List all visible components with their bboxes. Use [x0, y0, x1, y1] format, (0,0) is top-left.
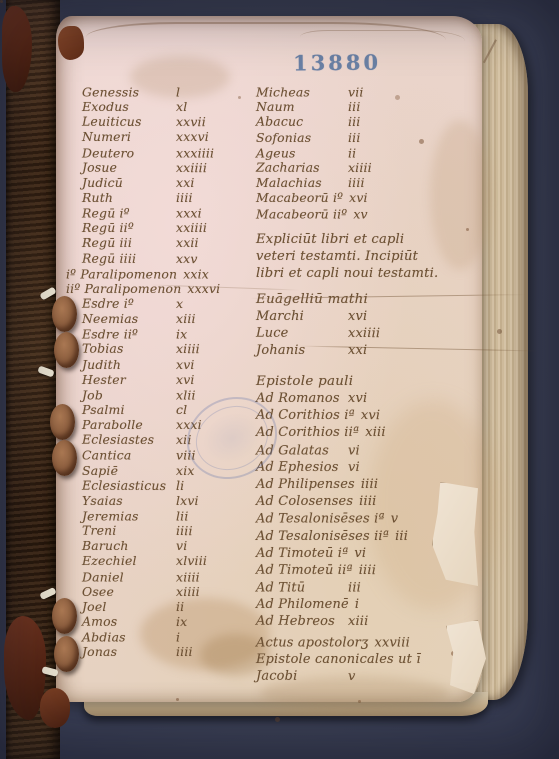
chapter-count: xiii: [176, 311, 196, 326]
toc-row: Baruchvi: [82, 538, 256, 553]
toc-row: Jeremiaslii: [82, 508, 256, 523]
book-name: Luce: [256, 326, 342, 341]
toc-row: Ezechielxlviii: [82, 553, 256, 568]
chapter-count: iiii: [359, 494, 376, 509]
chapter-count: xxxiiii: [176, 145, 214, 160]
book-name: Abacuc: [256, 114, 342, 129]
chapter-count: xxxvi: [187, 281, 220, 296]
book-name: Amos: [82, 614, 170, 629]
book-name: Ruth: [82, 190, 170, 205]
book-name: Osee: [82, 584, 170, 599]
book-name: Ad Colosenses: [256, 494, 353, 509]
sewing-tab: [54, 636, 79, 672]
chapter-count: ii: [176, 599, 184, 614]
chapter-count: lxvi: [176, 493, 199, 508]
chapter-count: iiii: [176, 523, 193, 538]
toc-row: iiº Paralipomenonxxxvi: [82, 281, 256, 296]
chapter-count: iii: [348, 580, 361, 595]
book-name: Cantica: [82, 448, 170, 463]
chapter-count: xvi: [348, 309, 367, 324]
book-name: Regū iiº: [82, 220, 170, 235]
chapter-count: lii: [176, 508, 189, 523]
book-name: Esdre iiº: [82, 327, 170, 342]
toc-row: Judicūxxi: [82, 175, 256, 190]
toc-row: Macabeorū iºxvi: [256, 190, 452, 205]
chapter-count: xvi: [361, 408, 380, 423]
chapter-count: vi: [176, 538, 187, 553]
toc-row: Ad Corithios iªxvi: [256, 408, 452, 426]
chapter-count: xxvii: [176, 114, 206, 129]
toc-section: Expliciūt libri et capliveteri testamti.…: [256, 232, 452, 283]
toc-row: Oseexiiii: [82, 584, 256, 599]
chapter-count: i: [355, 597, 359, 612]
book-name: Sapiē: [82, 463, 170, 478]
chapter-count: xxiiii: [348, 326, 380, 341]
chapter-count: xl: [176, 99, 187, 114]
book-name: Ad Titū: [256, 580, 342, 595]
chapter-count: xxv: [176, 251, 198, 266]
chapter-count: xvi: [176, 372, 195, 387]
toc-row: Regū iiixxii: [82, 235, 256, 250]
toc-row: Josuexxiiii: [82, 159, 256, 175]
chapter-count: xxii: [176, 235, 199, 250]
book-name: Eclesiasticus: [82, 477, 170, 492]
toc-row: Numerixxxvi: [82, 129, 256, 144]
chapter-count: xiii: [348, 614, 369, 629]
book-name: Epistole canonicales ut ī: [256, 652, 421, 667]
toc-row: Jacobiv: [256, 669, 452, 687]
chapter-count: xxix: [183, 266, 209, 281]
toc-row: Regū iiiixxv: [82, 250, 256, 266]
sewing-tab: [52, 598, 77, 634]
sewing-tab: [54, 332, 79, 368]
book-name: Ad Timoteū iª: [256, 546, 348, 561]
toc-row: Ad Tesalonisēses iiªiii: [256, 529, 452, 546]
toc-row: Ad Romanosxvi: [256, 391, 452, 408]
toc-row: Zachariasxiiii: [256, 160, 452, 176]
book-name: Tobias: [82, 341, 170, 356]
toc-row: Esdre iºx: [82, 296, 256, 312]
toc-row: Ad Philipensesiiii: [256, 477, 452, 494]
toc-row: Ad Tesalonisēses iªv: [256, 512, 452, 529]
book-name: Daniel: [82, 569, 170, 584]
toc-row: Amosix: [82, 614, 256, 630]
book-name: Parabolle: [82, 417, 170, 432]
book-name: Malachias: [256, 175, 342, 190]
chapter-count: x: [176, 296, 183, 311]
chapter-count: iiii: [176, 190, 193, 205]
chapter-count: xlviii: [176, 553, 207, 568]
fox-spots: [0, 0, 3, 3]
book-name: Baruch: [82, 538, 170, 553]
toc-row: Esdre iiºix: [82, 327, 256, 342]
toc-row: Ad Hebreosxiii: [256, 614, 452, 632]
chapter-count: v: [391, 512, 398, 527]
right-column: MicheasviiNaumiiiAbacuciiiSofoniasiiiAge…: [256, 84, 452, 686]
book-name: Ad Romanos: [256, 391, 342, 406]
section-heading: Epistole pauli: [256, 374, 452, 391]
book-name: Psalmi: [82, 402, 170, 417]
toc-row: Hesterxvi: [82, 372, 256, 387]
chapter-count: ix: [176, 327, 187, 342]
chapter-count: xiiii: [176, 341, 200, 356]
toc-row: Ad Philomenēi: [256, 597, 452, 614]
book-name: Ysaias: [82, 493, 170, 508]
book-name: iº Paralipomenon: [82, 266, 177, 281]
toc-row: Tobiasxiiii: [82, 341, 256, 357]
toc-row: Macabeorū iiºxv: [256, 206, 452, 221]
chapter-count: xxi: [176, 175, 195, 190]
book-name: Regū iii: [82, 235, 170, 250]
toc-row: Ad Titūiii: [256, 580, 452, 597]
chapter-count: xiii: [365, 425, 385, 440]
chapter-count: xxxi: [176, 206, 202, 221]
toc-row: Epistole canonicales ut ī: [256, 652, 452, 669]
book-name: Job: [82, 387, 170, 402]
chapter-count: iiii: [176, 644, 193, 659]
toc-row: Ad Corithios iiªxiii: [256, 425, 452, 442]
book-name: Esdre iº: [82, 296, 170, 311]
chapter-count: iiii: [361, 477, 378, 492]
book-name: Genessis: [82, 84, 170, 99]
book-name: Numeri: [82, 129, 170, 144]
toc-row: Ad Colosensesiiii: [256, 494, 452, 511]
toc-row: Ad Timoteū iiªiiii: [256, 562, 452, 580]
leather-fragment: [58, 26, 84, 60]
chapter-count: xxxvi: [176, 129, 209, 144]
book-name: Ageus: [256, 145, 342, 160]
colophon-line: libri et capli noui testamti.: [256, 266, 452, 283]
toc-row: Abdiasi: [82, 629, 256, 644]
book-name: Abdias: [82, 629, 170, 644]
book-name: Neemias: [82, 311, 170, 326]
toc-row: Neemiasxiii: [82, 311, 256, 326]
chapter-count: xvi: [349, 190, 368, 205]
toc-row: Genessisl: [82, 84, 256, 99]
chapter-count: vi: [348, 443, 360, 458]
chapter-count: vii: [348, 84, 364, 99]
chapter-count: iii: [348, 99, 361, 114]
toc-row: Joelii: [82, 599, 256, 614]
book-name: Ad Hebreos: [256, 614, 342, 629]
chapter-count: xxviii: [375, 635, 410, 650]
colophon-line: Expliciūt libri et capli: [256, 232, 452, 249]
toc-row: Treniiiii: [82, 523, 256, 539]
toc-section: Euāgelliū mathiMarchixviLucexxiiiiJohani…: [256, 292, 452, 361]
book-name: Eclesiastes: [82, 432, 170, 447]
toc-row: Exodusxl: [82, 99, 256, 114]
book-name: Micheas: [256, 84, 342, 99]
toc-row: Judithxvi: [82, 357, 256, 372]
chapter-count: i: [176, 629, 180, 644]
book-name: iiº Paralipomenon: [82, 281, 181, 296]
colophon-line: veteri testamti. Incipiūt: [256, 249, 452, 266]
chapter-count: xiiii: [348, 160, 372, 175]
chapter-count: ii: [348, 145, 356, 160]
chapter-count: v: [348, 669, 356, 684]
toc-row: Ad Timoteū iªvi: [256, 546, 452, 563]
chapter-count: iii: [348, 130, 361, 145]
chapter-count: iiii: [359, 563, 376, 578]
toc-row: Regū iiºxxiiii: [82, 220, 256, 235]
book-name: Naum: [256, 99, 342, 114]
leather-fragment: [40, 688, 70, 728]
chapter-count: iii: [395, 529, 408, 544]
book-name: Regū iiii: [82, 250, 170, 265]
manuscript-photo: 13880 GenessislExodusxlLeuiticusxxviiNum…: [0, 0, 559, 759]
chapter-count: xv: [353, 206, 367, 221]
book-name: Ad Timoteū iiª: [256, 562, 353, 577]
toc-row: Ageusii: [256, 145, 452, 160]
toc-row: Marchixvi: [256, 309, 452, 326]
toc-section: MicheasviiNaumiiiAbacuciiiSofoniasiiiAge…: [256, 84, 452, 221]
book-name: Jacobi: [256, 669, 342, 684]
chapter-count: xvi: [348, 391, 367, 406]
book-name: Actus apostolorʒ: [256, 635, 369, 650]
chapter-count: ix: [176, 614, 187, 629]
sewing-tab: [52, 296, 77, 332]
chapter-count: xvi: [176, 357, 195, 372]
toc-row: Deuteroxxxiiii: [82, 145, 256, 160]
toc-row: Malachiasiiii: [256, 175, 452, 190]
book-name: Deutero: [82, 145, 170, 160]
book-name: Exodus: [82, 99, 170, 114]
accession-number-stamp: 13880: [293, 50, 381, 76]
chapter-count: vi: [348, 460, 360, 475]
toc-row: Jonasiiii: [82, 644, 256, 659]
book-name: Zacharias: [256, 160, 342, 175]
chapter-count: l: [176, 84, 180, 99]
toc-row: Regū iºxxxi: [82, 206, 256, 221]
section-heading: Euāgelliū mathi: [256, 292, 452, 309]
chapter-count: iiii: [348, 175, 365, 190]
chapter-count: xlii: [176, 387, 196, 402]
toc-row: Ruthiiii: [82, 190, 256, 205]
book-name: Marchi: [256, 309, 342, 324]
chapter-count: xxiiii: [176, 160, 207, 175]
sewing-tab: [52, 440, 77, 476]
chapter-count: li: [176, 478, 184, 493]
chapter-count: vi: [354, 546, 366, 561]
book-name: Ezechiel: [82, 553, 170, 568]
toc-row: Ysaiaslxvi: [82, 493, 256, 508]
book-name: Macabeorū iiº: [256, 206, 347, 221]
chapter-count: xix: [176, 463, 195, 478]
toc-row: Micheasvii: [256, 84, 452, 99]
book-name: Jeremias: [82, 508, 170, 523]
book-name: Leuiticus: [82, 114, 170, 129]
book-name: Ad Tesalonisēses iª: [256, 512, 385, 527]
chapter-count: iii: [348, 114, 361, 129]
book-name: Macabeorū iº: [256, 190, 343, 205]
toc-row: iº Paralipomenonxxix: [82, 266, 256, 281]
toc-section: Epistole pauliAd RomanosxviAd Corithios …: [256, 374, 452, 632]
book-name: Jonas: [82, 644, 170, 659]
chapter-count: xiiii: [176, 569, 200, 584]
book-name: Hester: [82, 372, 170, 387]
toc-row: Danielxiiii: [82, 569, 256, 584]
book-name: Treni: [82, 523, 170, 538]
toc-row: Leuiticusxxvii: [82, 114, 256, 130]
book-name: Joel: [82, 599, 170, 614]
book-name: Ad Philipenses: [256, 477, 355, 492]
page-top-edge-line: [300, 30, 465, 41]
sewing-tab: [50, 404, 75, 440]
chapter-count: xiiii: [176, 584, 200, 599]
toc-row: Abacuciii: [256, 114, 452, 130]
toc-row: Lucexxiiii: [256, 326, 452, 344]
toc-row: Actus apostolorʒxxviii: [256, 635, 452, 652]
book-name: Judith: [82, 357, 170, 372]
book-name: Ad Philomenē: [256, 597, 349, 612]
book-name: Judicū: [82, 175, 170, 190]
book-name: Sofonias: [256, 130, 342, 145]
left-column: GenessislExodusxlLeuiticusxxviiNumerixxx…: [82, 84, 256, 659]
toc-section: Actus apostolorʒxxviiiEpistole canonical…: [256, 635, 452, 687]
book-name: Ad Tesalonisēses iiª: [256, 529, 389, 544]
chapter-count: xxiiii: [176, 220, 207, 235]
toc-row: Sofoniasiii: [256, 130, 452, 145]
toc-row: Naumiii: [256, 99, 452, 114]
toc-row: Ad Ephesiosvi: [256, 459, 452, 477]
book-name: Regū iº: [82, 206, 170, 221]
book-name: Josue: [82, 159, 170, 174]
